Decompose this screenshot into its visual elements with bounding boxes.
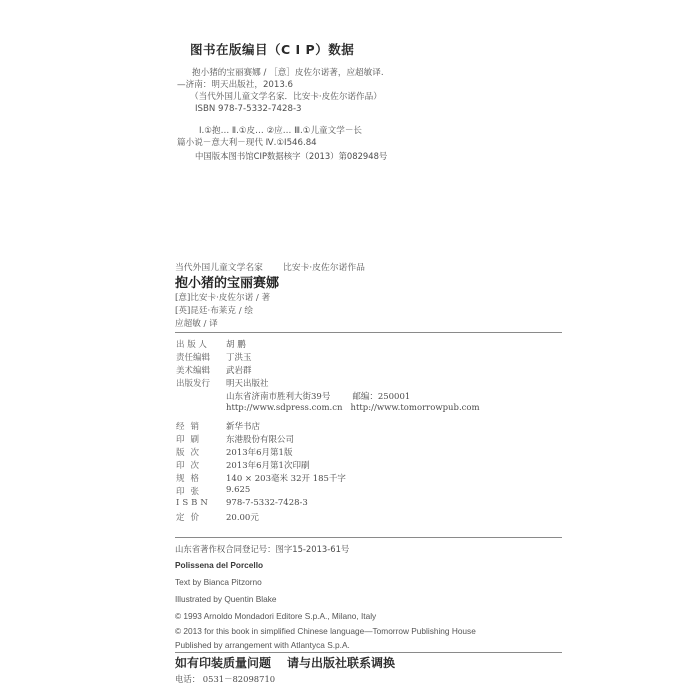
info-value: 丁洪玉 bbox=[226, 351, 252, 363]
info-row-distributor: 经销 新华书店 bbox=[176, 420, 260, 432]
info-label: 规格 bbox=[176, 472, 226, 484]
info-value: 2013年6月第1版 bbox=[226, 446, 292, 458]
publisher-address: 山东省济南市胜利大街39号 bbox=[226, 392, 330, 402]
postcode: 邮编：250001 bbox=[352, 392, 410, 402]
info-label: 出版发行 bbox=[176, 377, 226, 389]
illustrator-credit: [英]昆廷·布莱克 / 绘 bbox=[175, 304, 253, 316]
info-label: 印刷 bbox=[176, 433, 226, 445]
info-label: 印次 bbox=[176, 459, 226, 471]
cip-classification: Ⅰ.①抱… Ⅱ.①皮… ②应… Ⅲ.①儿童文学－长 bbox=[199, 125, 362, 137]
quality-notice: 如有印装质量问题请与出版社联系调换 bbox=[175, 654, 395, 671]
url-tomorrowpub[interactable]: http://www.tomorrowpub.com bbox=[351, 403, 480, 413]
info-value: 20.00元 bbox=[226, 511, 259, 523]
info-label: 经销 bbox=[176, 420, 226, 432]
cip-number: 中国版本图书馆CIP数据核字（2013）第082948号 bbox=[195, 150, 387, 162]
info-value: 明天出版社 bbox=[226, 377, 269, 389]
info-label: 美术编辑 bbox=[176, 364, 226, 376]
divider bbox=[175, 332, 562, 333]
quality-notice-part2: 请与出版社联系调换 bbox=[287, 656, 395, 670]
info-value: 东港股份有限公司 bbox=[226, 433, 294, 445]
divider bbox=[175, 652, 562, 653]
info-row-edition: 版次 2013年6月第1版 bbox=[176, 446, 292, 458]
publisher-urls-line: http://www.sdpress.com.cnhttp://www.tomo… bbox=[226, 403, 480, 413]
copyright-line-2: © 2013 for this book in simplified Chine… bbox=[175, 626, 476, 636]
series-author: 比安卡·皮佐尔诺作品 bbox=[283, 263, 365, 273]
info-row-art-editor: 美术编辑 武岩群 bbox=[176, 364, 252, 376]
cip-line: 抱小猪的宝丽赛娜 / ［意］皮佐尔诺著，应超敏译. bbox=[192, 67, 384, 79]
info-row-format: 规格 140 × 203毫米 32开 185千字 bbox=[176, 472, 346, 484]
info-label: 版次 bbox=[176, 446, 226, 458]
cip-isbn: ISBN 978-7-5332-7428-3 bbox=[195, 103, 302, 115]
cip-line: （当代外国儿童文学名家．比安卡·皮佐尔诺作品） bbox=[190, 91, 382, 103]
info-value: 978-7-5332-7428-3 bbox=[226, 498, 308, 508]
info-row-publisher-person: 出 版 人 胡 鹏 bbox=[176, 338, 246, 350]
info-label: 责任编辑 bbox=[176, 351, 226, 363]
publisher-address-line: 山东省济南市胜利大街39号邮编：250001 bbox=[226, 390, 410, 402]
text-by: Text by Bianca Pitzorno bbox=[175, 577, 262, 587]
info-label: 出 版 人 bbox=[176, 338, 226, 350]
info-row-publisher: 出版发行 明天出版社 bbox=[176, 377, 269, 389]
info-label: 印张 bbox=[176, 485, 226, 497]
cip-title: 图书在版编目（C I P）数据 bbox=[190, 40, 354, 58]
cip-line: —济南：明天出版社，2013.6 bbox=[177, 79, 293, 91]
original-title: Polissena del Porcello bbox=[175, 560, 263, 570]
copyright-registration: 山东省著作权合同登记号：图字15-2013-61号 bbox=[175, 543, 349, 555]
illustrated-by: Illustrated by Quentin Blake bbox=[175, 594, 276, 604]
copyright-line-1: © 1993 Arnoldo Mondadori Editore S.p.A.,… bbox=[175, 611, 376, 621]
book-title: 抱小猪的宝丽赛娜 bbox=[175, 272, 279, 291]
info-row-isbn: ISBN 978-7-5332-7428-3 bbox=[176, 498, 308, 508]
info-label: ISBN bbox=[176, 498, 226, 508]
cip-classification: 篇小说－意大利－现代 Ⅳ.①I546.84 bbox=[177, 137, 317, 149]
info-row-printing: 印次 2013年6月第1次印刷 bbox=[176, 459, 309, 471]
info-row-printer: 印刷 东港股份有限公司 bbox=[176, 433, 294, 445]
info-value: 140 × 203毫米 32开 185千字 bbox=[226, 472, 346, 484]
quality-notice-part1: 如有印装质量问题 bbox=[175, 656, 271, 670]
author-credit: [意]比安卡·皮佐尔诺 / 著 bbox=[175, 291, 270, 303]
info-label: 定价 bbox=[176, 511, 226, 523]
info-value: 新华书店 bbox=[226, 420, 260, 432]
phone-number: 电话： 0531－82098710 bbox=[175, 673, 275, 685]
info-row-editor: 责任编辑 丁洪玉 bbox=[176, 351, 252, 363]
info-value: 胡 鹏 bbox=[226, 338, 246, 350]
translator-credit: 应超敏 / 译 bbox=[175, 317, 218, 329]
info-value: 9.625 bbox=[226, 485, 250, 497]
info-row-sheets: 印张 9.625 bbox=[176, 485, 250, 497]
info-row-price: 定价 20.00元 bbox=[176, 511, 259, 523]
url-sdpress[interactable]: http://www.sdpress.com.cn bbox=[226, 403, 343, 413]
info-value: 2013年6月第1次印刷 bbox=[226, 459, 309, 471]
info-value: 武岩群 bbox=[226, 364, 252, 376]
divider bbox=[175, 537, 562, 538]
copyright-line-3: Published by arrangement with Atlantyca … bbox=[175, 640, 350, 650]
